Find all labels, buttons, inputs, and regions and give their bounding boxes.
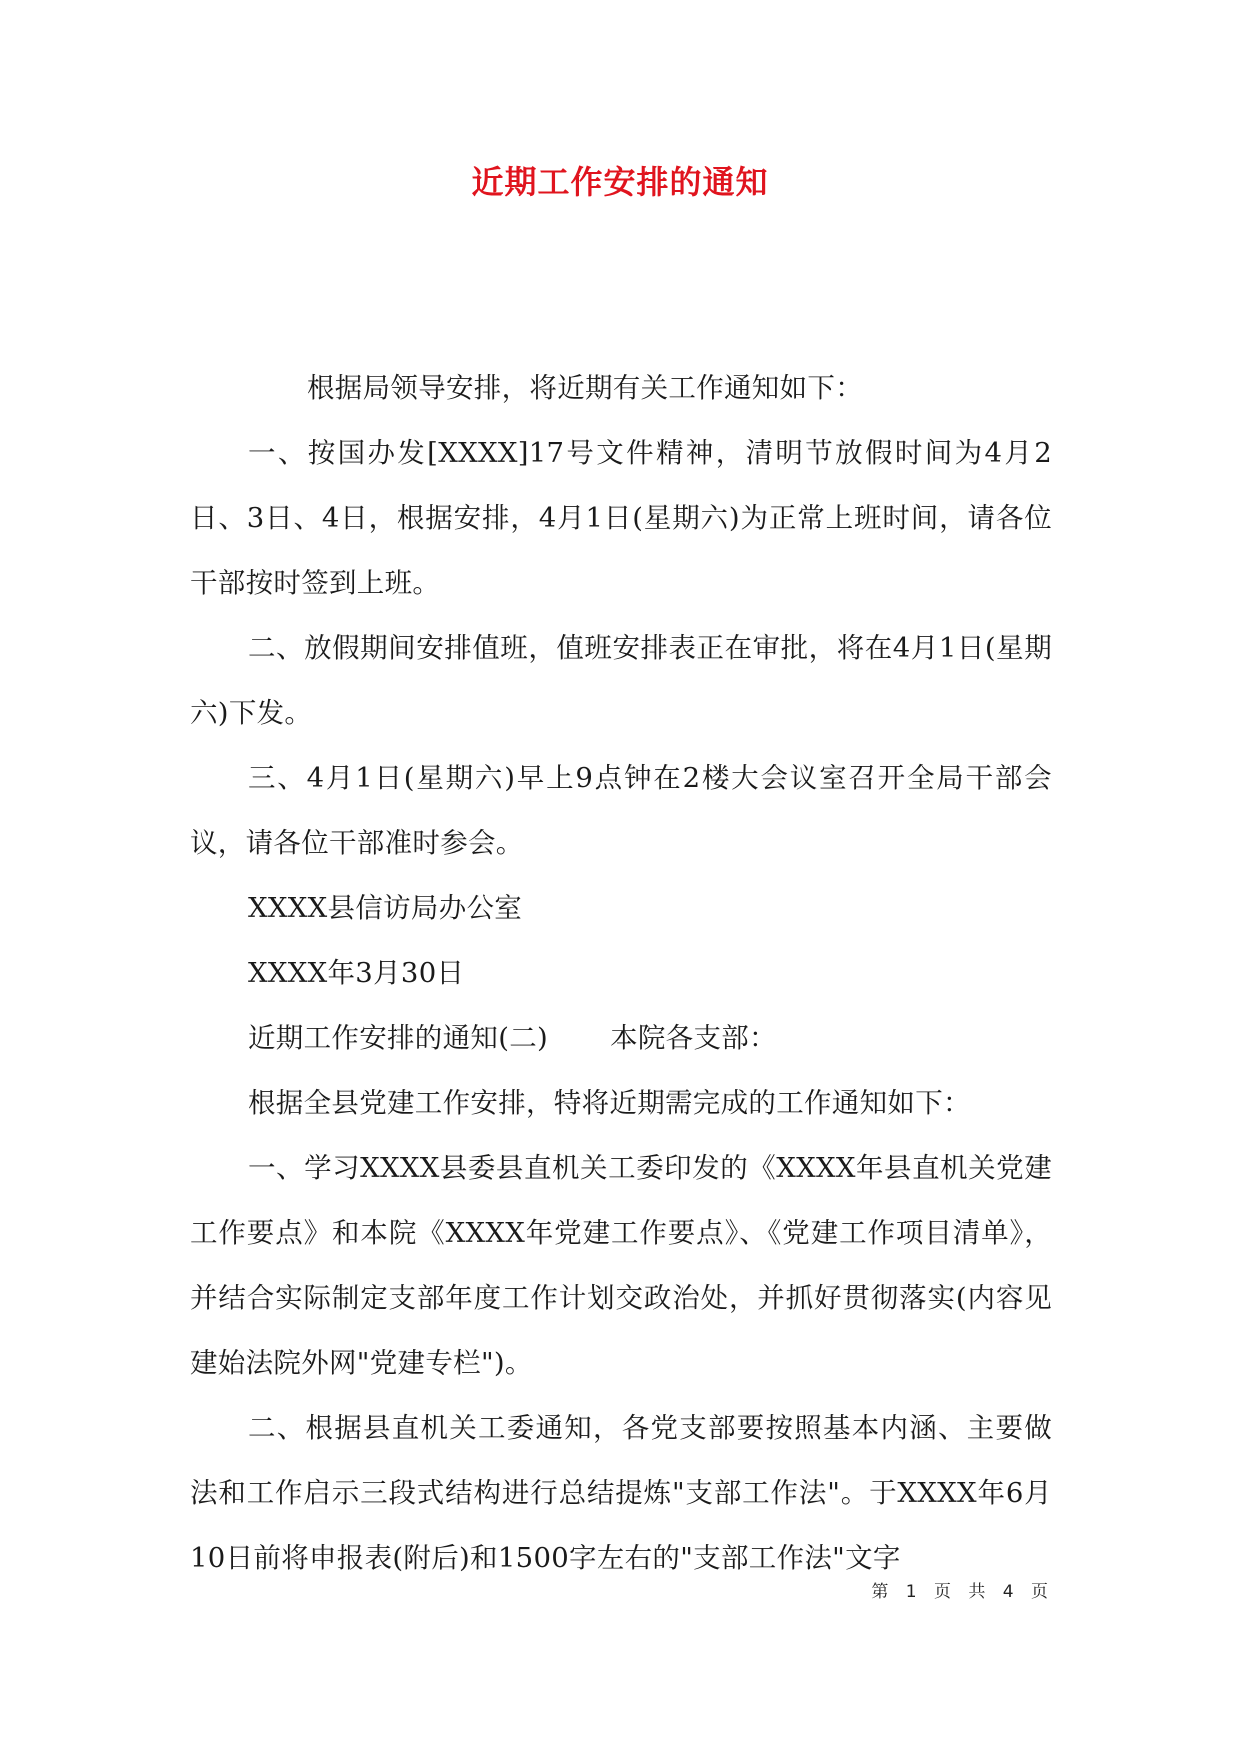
item-1-paragraph: 一、按国办发[XXXX]17号文件精神，清明节放假时间为4月2日、3日、4日，根… (190, 421, 1052, 616)
item-3-paragraph: 三、4月1日(星期六)早上9点钟在2楼大会议室召开全局干部会议，请各位干部准时参… (190, 746, 1052, 876)
issue-date: XXXX年3月30日 (190, 941, 1052, 1006)
second-intro-paragraph: 根据全县党建工作安排，特将近期需完成的工作通知如下： (190, 1071, 1052, 1136)
second-item-1-paragraph: 一、学习XXXX县委县直机关工委印发的《XXXX年县直机关党建工作要点》和本院《… (190, 1136, 1052, 1396)
document-title: 近期工作安排的通知 (0, 160, 1240, 204)
second-notice-title: 近期工作安排的通知(二) (248, 1022, 548, 1054)
item-2-paragraph: 二、放假期间安排值班，值班安排表正在审批，将在4月1日(星期六)下发。 (190, 616, 1052, 746)
second-notice-heading: 近期工作安排的通知(二)本院各支部： (190, 1006, 1052, 1071)
issuer-signature: XXXX县信访局办公室 (190, 876, 1052, 941)
second-notice-addressee: 本院各支部： (610, 1022, 777, 1054)
second-item-2-paragraph: 二、根据县直机关工委通知，各党支部要按照基本内涵、主要做法和工作启示三段式结构进… (190, 1396, 1052, 1591)
document-page: 近期工作安排的通知 根据局领导安排，将近期有关工作通知如下： 一、按国办发[XX… (0, 0, 1240, 1753)
intro-paragraph: 根据局领导安排，将近期有关工作通知如下： (190, 356, 1052, 421)
page-number-footer: 第 1 页 共 4 页 (871, 1577, 1054, 1602)
document-body: 根据局领导安排，将近期有关工作通知如下： 一、按国办发[XXXX]17号文件精神… (190, 356, 1052, 1591)
